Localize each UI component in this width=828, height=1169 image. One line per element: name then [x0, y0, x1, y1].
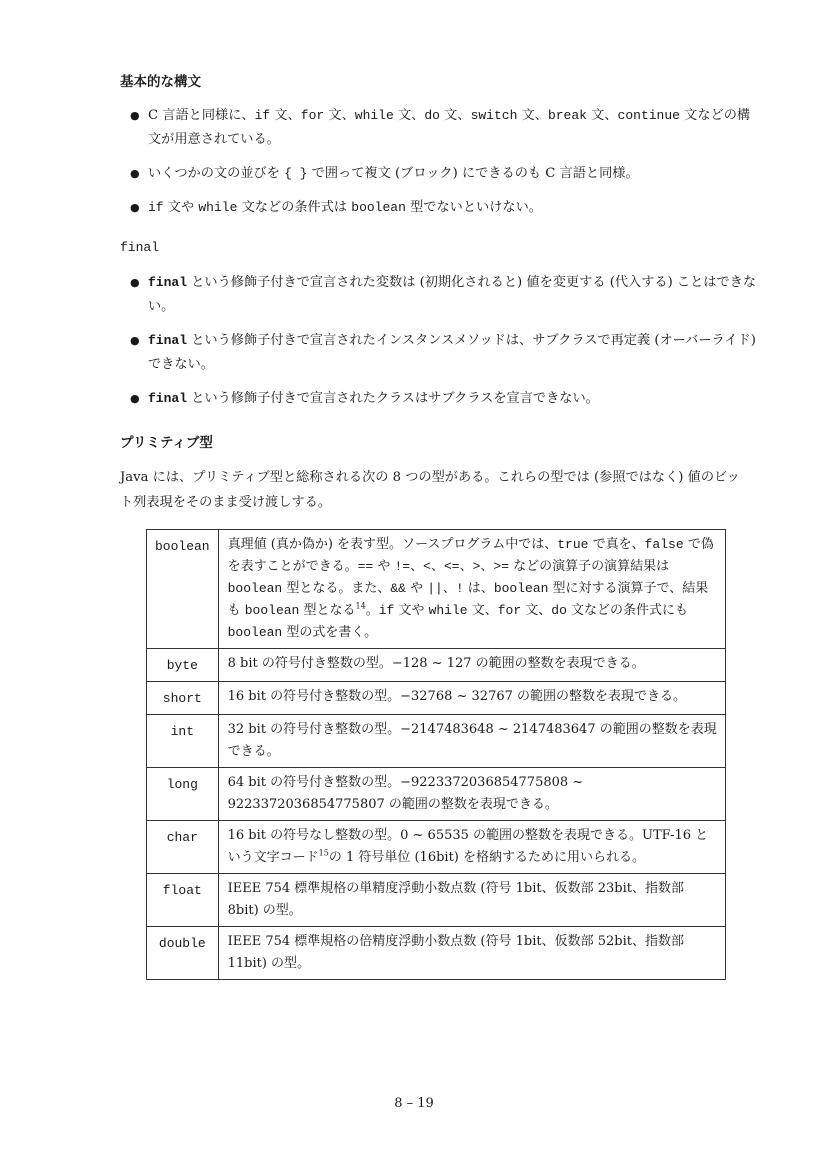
text-run: 。: [366, 603, 379, 618]
text-run: 32 bit の符号付き整数の型。−2147483648 ~ 214748364…: [228, 722, 717, 759]
code-keyword: final: [148, 391, 187, 406]
text-run: 、: [480, 559, 493, 574]
text-run: 文、: [324, 108, 355, 123]
table-row: short16 bit の符号付き整数の型。−32768 ~ 32767 の範囲…: [147, 682, 726, 715]
code-keyword: do: [424, 108, 440, 123]
type-name-cell: int: [147, 715, 219, 768]
table-row: int32 bit の符号付き整数の型。−2147483648 ~ 214748…: [147, 715, 726, 768]
table-row: long64 bit の符号付き整数の型。−922337203685477580…: [147, 768, 726, 821]
primitive-intro: Java には、プリミティブ型と総称される次の 8 つの型がある。これらの型では…: [120, 465, 750, 515]
type-description-cell: 16 bit の符号付き整数の型。−32768 ~ 32767 の範囲の整数を表…: [218, 682, 725, 715]
code-keyword: while: [429, 603, 468, 618]
text-run: 、: [410, 559, 423, 574]
code-keyword: do: [551, 603, 567, 618]
bullet-icon: ●: [130, 329, 140, 353]
code-keyword: for: [498, 603, 521, 618]
text-run: は、: [464, 581, 494, 596]
bullet-icon: ●: [130, 387, 140, 411]
type-name-cell: long: [147, 768, 219, 821]
type-description-cell: 8 bit の符号付き整数の型。−128 ~ 127 の範囲の整数を表現できる。: [218, 649, 725, 682]
list-item: ●if 文や while 文などの条件式は boolean 型でないといけない。: [120, 196, 760, 220]
heading-basic-syntax: 基本的な構文: [120, 70, 201, 90]
code-keyword: !: [456, 581, 464, 596]
text-run: いくつかの文の並びを: [148, 166, 284, 181]
table-row: byte8 bit の符号付き整数の型。−128 ~ 127 の範囲の整数を表現…: [147, 649, 726, 682]
text-run: 文、: [394, 108, 425, 123]
text-run: 型でないといけない。: [406, 200, 542, 215]
code-keyword: { }: [284, 166, 307, 181]
table-row: floatIEEE 754 標準規格の単精度浮動小数点数 (符号 1bit、仮数…: [147, 874, 726, 927]
text-run: 文などの条件式にも: [567, 603, 688, 618]
text-run: という修飾子付きで宣言された変数は (初期化されると) 値を変更する (代入する…: [148, 275, 756, 314]
code-keyword: boolean: [245, 603, 300, 618]
code-keyword: ||: [427, 581, 443, 596]
type-description-cell: IEEE 754 標準規格の単精度浮動小数点数 (符号 1bit、仮数部 23b…: [218, 874, 725, 927]
code-keyword: if: [255, 108, 271, 123]
bullet-icon: ●: [130, 162, 140, 186]
text-run: 型となる: [299, 603, 355, 618]
text-run: 64 bit の符号付き整数の型。−9223372036854775808 ~ …: [228, 775, 584, 812]
text-run: C 言語と同様に、: [148, 108, 255, 123]
basic-syntax-list: ●C 言語と同様に、if 文、for 文、while 文、do 文、switch…: [120, 104, 760, 230]
type-description-cell: 64 bit の符号付き整数の型。−9223372036854775808 ~ …: [218, 768, 725, 821]
text-run: 、: [443, 581, 456, 596]
type-name-cell: char: [147, 821, 219, 874]
code-keyword: !=: [395, 559, 411, 574]
text-run: 文、: [521, 603, 551, 618]
heading-final: final: [120, 240, 159, 255]
text-run: 8 bit の符号付き整数の型。−128 ~ 127 の範囲の整数を表現できる。: [228, 656, 645, 671]
text-run: や: [406, 581, 427, 596]
primitive-types-table: boolean真理値 (真か偽か) を表す型。ソースプログラム中では、true …: [146, 529, 726, 980]
text-run: や: [373, 559, 394, 574]
text-run: 型の式を書く。: [282, 625, 377, 640]
type-description-cell: 16 bit の符号なし整数の型。0 ~ 65535 の範囲の整数を表現できる。…: [218, 821, 725, 874]
code-keyword: switch: [471, 108, 518, 123]
code-keyword: while: [355, 108, 394, 123]
text-run: で囲って複文 (ブロック) にできるのも C 言語と同様。: [307, 166, 638, 181]
text-run: 文などの条件式は: [237, 200, 351, 215]
type-name-cell: boolean: [147, 530, 219, 649]
type-description-cell: IEEE 754 標準規格の倍精度浮動小数点数 (符号 1bit、仮数部 52b…: [218, 927, 725, 980]
code-keyword: for: [301, 108, 324, 123]
page-number: 8 – 19: [0, 1096, 828, 1111]
code-keyword: <=: [444, 559, 460, 574]
code-keyword: boolean: [351, 200, 406, 215]
text-run: 16 bit の符号付き整数の型。−32768 ~ 32767 の範囲の整数を表…: [228, 689, 686, 704]
text-run: などの演算子の演算結果は: [509, 559, 669, 574]
code-keyword: while: [198, 200, 237, 215]
text-run: 真理値 (真か偽か) を表す型。ソースプログラム中では、: [228, 537, 558, 552]
code-keyword: <: [423, 559, 431, 574]
bullet-icon: ●: [130, 196, 140, 220]
list-item: ●C 言語と同様に、if 文、for 文、while 文、do 文、switch…: [120, 104, 760, 152]
text-run: 文、: [468, 603, 498, 618]
type-description-cell: 真理値 (真か偽か) を表す型。ソースプログラム中では、true で真を、fal…: [218, 530, 725, 649]
code-keyword: final: [148, 333, 187, 348]
code-keyword: &&: [390, 581, 406, 596]
text-run: 、: [460, 559, 473, 574]
text-run: 文、: [587, 108, 618, 123]
text-run: 文、: [440, 108, 471, 123]
code-keyword: break: [548, 108, 587, 123]
list-item: ●final という修飾子付きで宣言されたクラスはサブクラスを宣言できない。: [120, 387, 760, 411]
code-keyword: final: [148, 275, 187, 290]
final-list: ●final という修飾子付きで宣言された変数は (初期化されると) 値を変更す…: [120, 271, 760, 421]
text-run: 文、: [517, 108, 548, 123]
text-run: の 1 符号単位 (16bit) を格納するために用いられる。: [329, 850, 645, 865]
footnote-ref: 15: [319, 849, 329, 858]
heading-primitive-types: プリミティブ型: [120, 431, 213, 451]
code-keyword: boolean: [228, 581, 283, 596]
text-run: 文や: [164, 200, 199, 215]
text-run: 、: [431, 559, 444, 574]
code-keyword: ==: [358, 559, 374, 574]
text-run: IEEE 754 標準規格の倍精度浮動小数点数 (符号 1bit、仮数部 52b…: [228, 934, 684, 971]
code-keyword: if: [148, 200, 164, 215]
type-name-cell: short: [147, 682, 219, 715]
code-keyword: boolean: [228, 625, 283, 640]
type-name-cell: float: [147, 874, 219, 927]
text-run: 文や: [394, 603, 428, 618]
text-run: という修飾子付きで宣言されたクラスはサブクラスを宣言できない。: [187, 391, 599, 406]
text-run: 文、: [270, 108, 301, 123]
text-run: 型となる。また、: [282, 581, 390, 596]
code-keyword: boolean: [494, 581, 549, 596]
text-run: で真を、: [588, 537, 644, 552]
code-keyword: true: [557, 537, 588, 552]
code-keyword: continue: [618, 108, 680, 123]
list-item: ●いくつかの文の並びを { } で囲って複文 (ブロック) にできるのも C 言…: [120, 162, 760, 186]
type-name-cell: byte: [147, 649, 219, 682]
footnote-ref: 14: [356, 602, 366, 611]
table-row: boolean真理値 (真か偽か) を表す型。ソースプログラム中では、true …: [147, 530, 726, 649]
bullet-icon: ●: [130, 271, 140, 295]
code-keyword: false: [645, 537, 684, 552]
table-row: char16 bit の符号なし整数の型。0 ~ 65535 の範囲の整数を表現…: [147, 821, 726, 874]
code-keyword: if: [379, 603, 395, 618]
text-run: IEEE 754 標準規格の単精度浮動小数点数 (符号 1bit、仮数部 23b…: [228, 881, 684, 918]
table-row: doubleIEEE 754 標準規格の倍精度浮動小数点数 (符号 1bit、仮…: [147, 927, 726, 980]
text-run: という修飾子付きで宣言されたインスタンスメソッドは、サブクラスで再定義 (オーバ…: [148, 333, 756, 372]
list-item: ●final という修飾子付きで宣言された変数は (初期化されると) 値を変更す…: [120, 271, 760, 319]
bullet-icon: ●: [130, 104, 140, 128]
type-description-cell: 32 bit の符号付き整数の型。−2147483648 ~ 214748364…: [218, 715, 725, 768]
code-keyword: >=: [493, 559, 509, 574]
type-name-cell: double: [147, 927, 219, 980]
list-item: ●final という修飾子付きで宣言されたインスタンスメソッドは、サブクラスで再…: [120, 329, 760, 377]
